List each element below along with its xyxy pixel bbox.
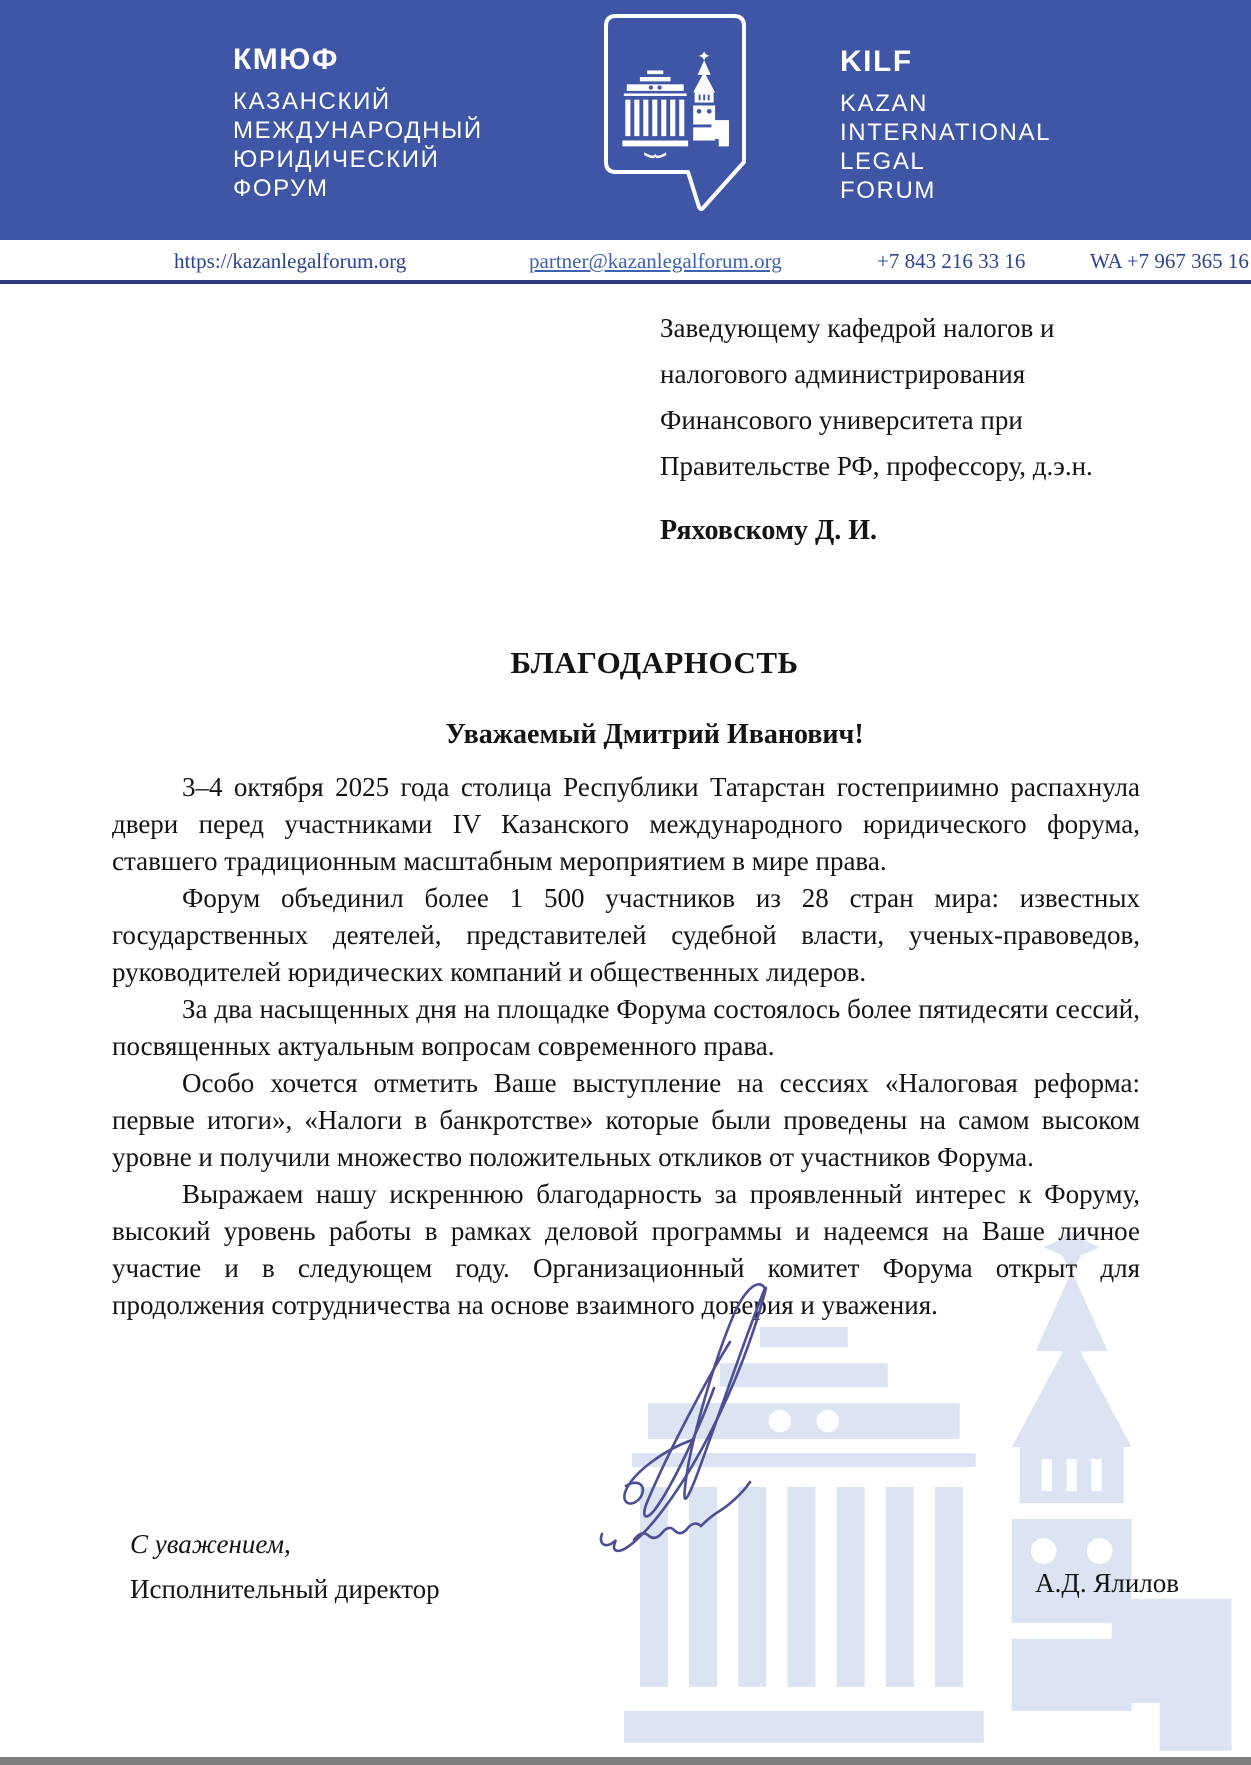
- brand-en-line: FORUM: [840, 176, 1051, 205]
- star-icon: [699, 51, 709, 60]
- kremlin-building-shape: [622, 51, 729, 158]
- signature-scribble: [588, 1272, 808, 1572]
- website-url: https://kazanlegalforum.org: [174, 249, 406, 274]
- whatsapp-number: WA +7 967 365 16 16: [1090, 249, 1251, 274]
- header-band: КМЮФ КАЗАНСКИЙ МЕЖДУНАРОДНЫЙ ЮРИДИЧЕСКИЙ…: [0, 0, 1251, 240]
- recipient-name: Ряховскому Д. И.: [660, 515, 877, 547]
- recipient-block: Заведующему кафедрой налогов и налоговог…: [660, 305, 1093, 489]
- recipient-line: налогового администрирования: [660, 351, 1093, 397]
- contact-bar: https://kazanlegalforum.org partner@kaza…: [0, 244, 1251, 280]
- letter-title: БЛАГОДАРНОСТЬ: [0, 645, 1251, 681]
- brand-en-line: LEGAL: [840, 147, 1051, 176]
- phone-number: +7 843 216 33 16: [877, 249, 1025, 274]
- salutation: Уважаемый Дмитрий Иванович!: [0, 719, 1251, 751]
- brand-ru-line: ФОРУМ: [233, 174, 483, 203]
- paragraph: Особо хочется отметить Ваше выступление …: [112, 1065, 1140, 1176]
- closing-regards: С уважением,: [130, 1522, 440, 1567]
- letter-paragraphs: 3–4 октября 2025 года столица Республики…: [112, 769, 1140, 1324]
- paragraph: Форум объединил более 1 500 участников и…: [112, 880, 1140, 991]
- brand-en: KILF KAZAN INTERNATIONAL LEGAL FORUM: [840, 46, 1051, 205]
- recipient-line: Заведующему кафедрой налогов и: [660, 305, 1093, 351]
- email-link[interactable]: partner@kazanlegalforum.org: [529, 249, 782, 274]
- recipient-line: Финансового университета при: [660, 397, 1093, 443]
- divider-rule: [0, 280, 1251, 284]
- brand-ru: КМЮФ КАЗАНСКИЙ МЕЖДУНАРОДНЫЙ ЮРИДИЧЕСКИЙ…: [233, 44, 483, 203]
- signer-name: А.Д. Ялилов: [1035, 1568, 1179, 1599]
- brand-ru-abbr: КМЮФ: [233, 44, 483, 76]
- letter-page: КМЮФ КАЗАНСКИЙ МЕЖДУНАРОДНЫЙ ЮРИДИЧЕСКИЙ…: [0, 0, 1251, 1765]
- brand-en-abbr: KILF: [840, 46, 1051, 78]
- paragraph: 3–4 октября 2025 года столица Республики…: [112, 769, 1140, 880]
- closing-block: С уважением, Исполнительный директор: [130, 1522, 440, 1612]
- bottom-bar: [0, 1757, 1251, 1765]
- brand-ru-line: КАЗАНСКИЙ: [233, 87, 483, 116]
- brand-en-line: INTERNATIONAL: [840, 118, 1051, 147]
- paragraph: За два насыщенных дня на площадке Форума…: [112, 991, 1140, 1065]
- closing-position: Исполнительный директор: [130, 1567, 440, 1612]
- brand-ru-line: МЕЖДУНАРОДНЫЙ: [233, 116, 483, 145]
- brand-ru-line: ЮРИДИЧЕСКИЙ: [233, 145, 483, 174]
- kazan-kremlin-logo-icon: [602, 12, 748, 212]
- recipient-line: Правительстве РФ, профессору, д.э.н.: [660, 443, 1093, 489]
- brand-en-line: KAZAN: [840, 89, 1051, 118]
